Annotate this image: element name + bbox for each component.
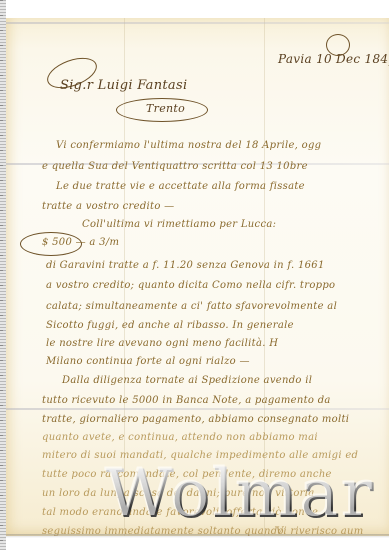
- body-line: quanto avete, e continua, attendo non ab…: [42, 432, 318, 443]
- watermark: Wolmar: [106, 462, 376, 528]
- body-line: Milano continua forte al ogni rialzo —: [46, 356, 250, 367]
- body-line: Dalla diligenza tornate ai Spedizione av…: [62, 375, 312, 386]
- body-line: tutto ricevuto le 5000 in Banca Note, a …: [42, 395, 331, 406]
- body-line: $ 500 — a 3/m: [42, 237, 119, 248]
- date-flourish: [326, 34, 350, 56]
- fold-line-horizontal: [6, 22, 389, 24]
- body-line: a vostro credito; quanto dicita Como nel…: [46, 280, 335, 291]
- body-line: Sicotto fuggi, ed anche al ribasso. In g…: [46, 320, 294, 331]
- body-line: le nostre lire avevano ogni meno facilit…: [46, 338, 278, 349]
- body-line: di Garavini tratte a f. 11.20 senza Geno…: [46, 260, 325, 271]
- body-line: Coll'ultima vi rimettiamo per Lucca:: [82, 219, 276, 230]
- body-line: calata; simultaneamente a ci' fatto sfav…: [46, 301, 337, 312]
- body-line: tratte a vostro credito —: [42, 201, 174, 212]
- body-line: Vi confermiamo l'ultima nostra del 18 Ap…: [56, 140, 321, 151]
- paper-bottom-shadow: [6, 534, 389, 538]
- body-line: e quella Sua del Ventiquattro scritta co…: [42, 161, 308, 172]
- fold-line-horizontal: [6, 408, 389, 410]
- salutation-place: Trento: [146, 102, 185, 115]
- body-line: Le due tratte vie e accettate alla forma…: [56, 181, 305, 192]
- body-line: tratte, giornaliero pagamento, abbiamo c…: [42, 414, 349, 425]
- salutation: Sig.r Luigi Fantasi: [60, 78, 187, 93]
